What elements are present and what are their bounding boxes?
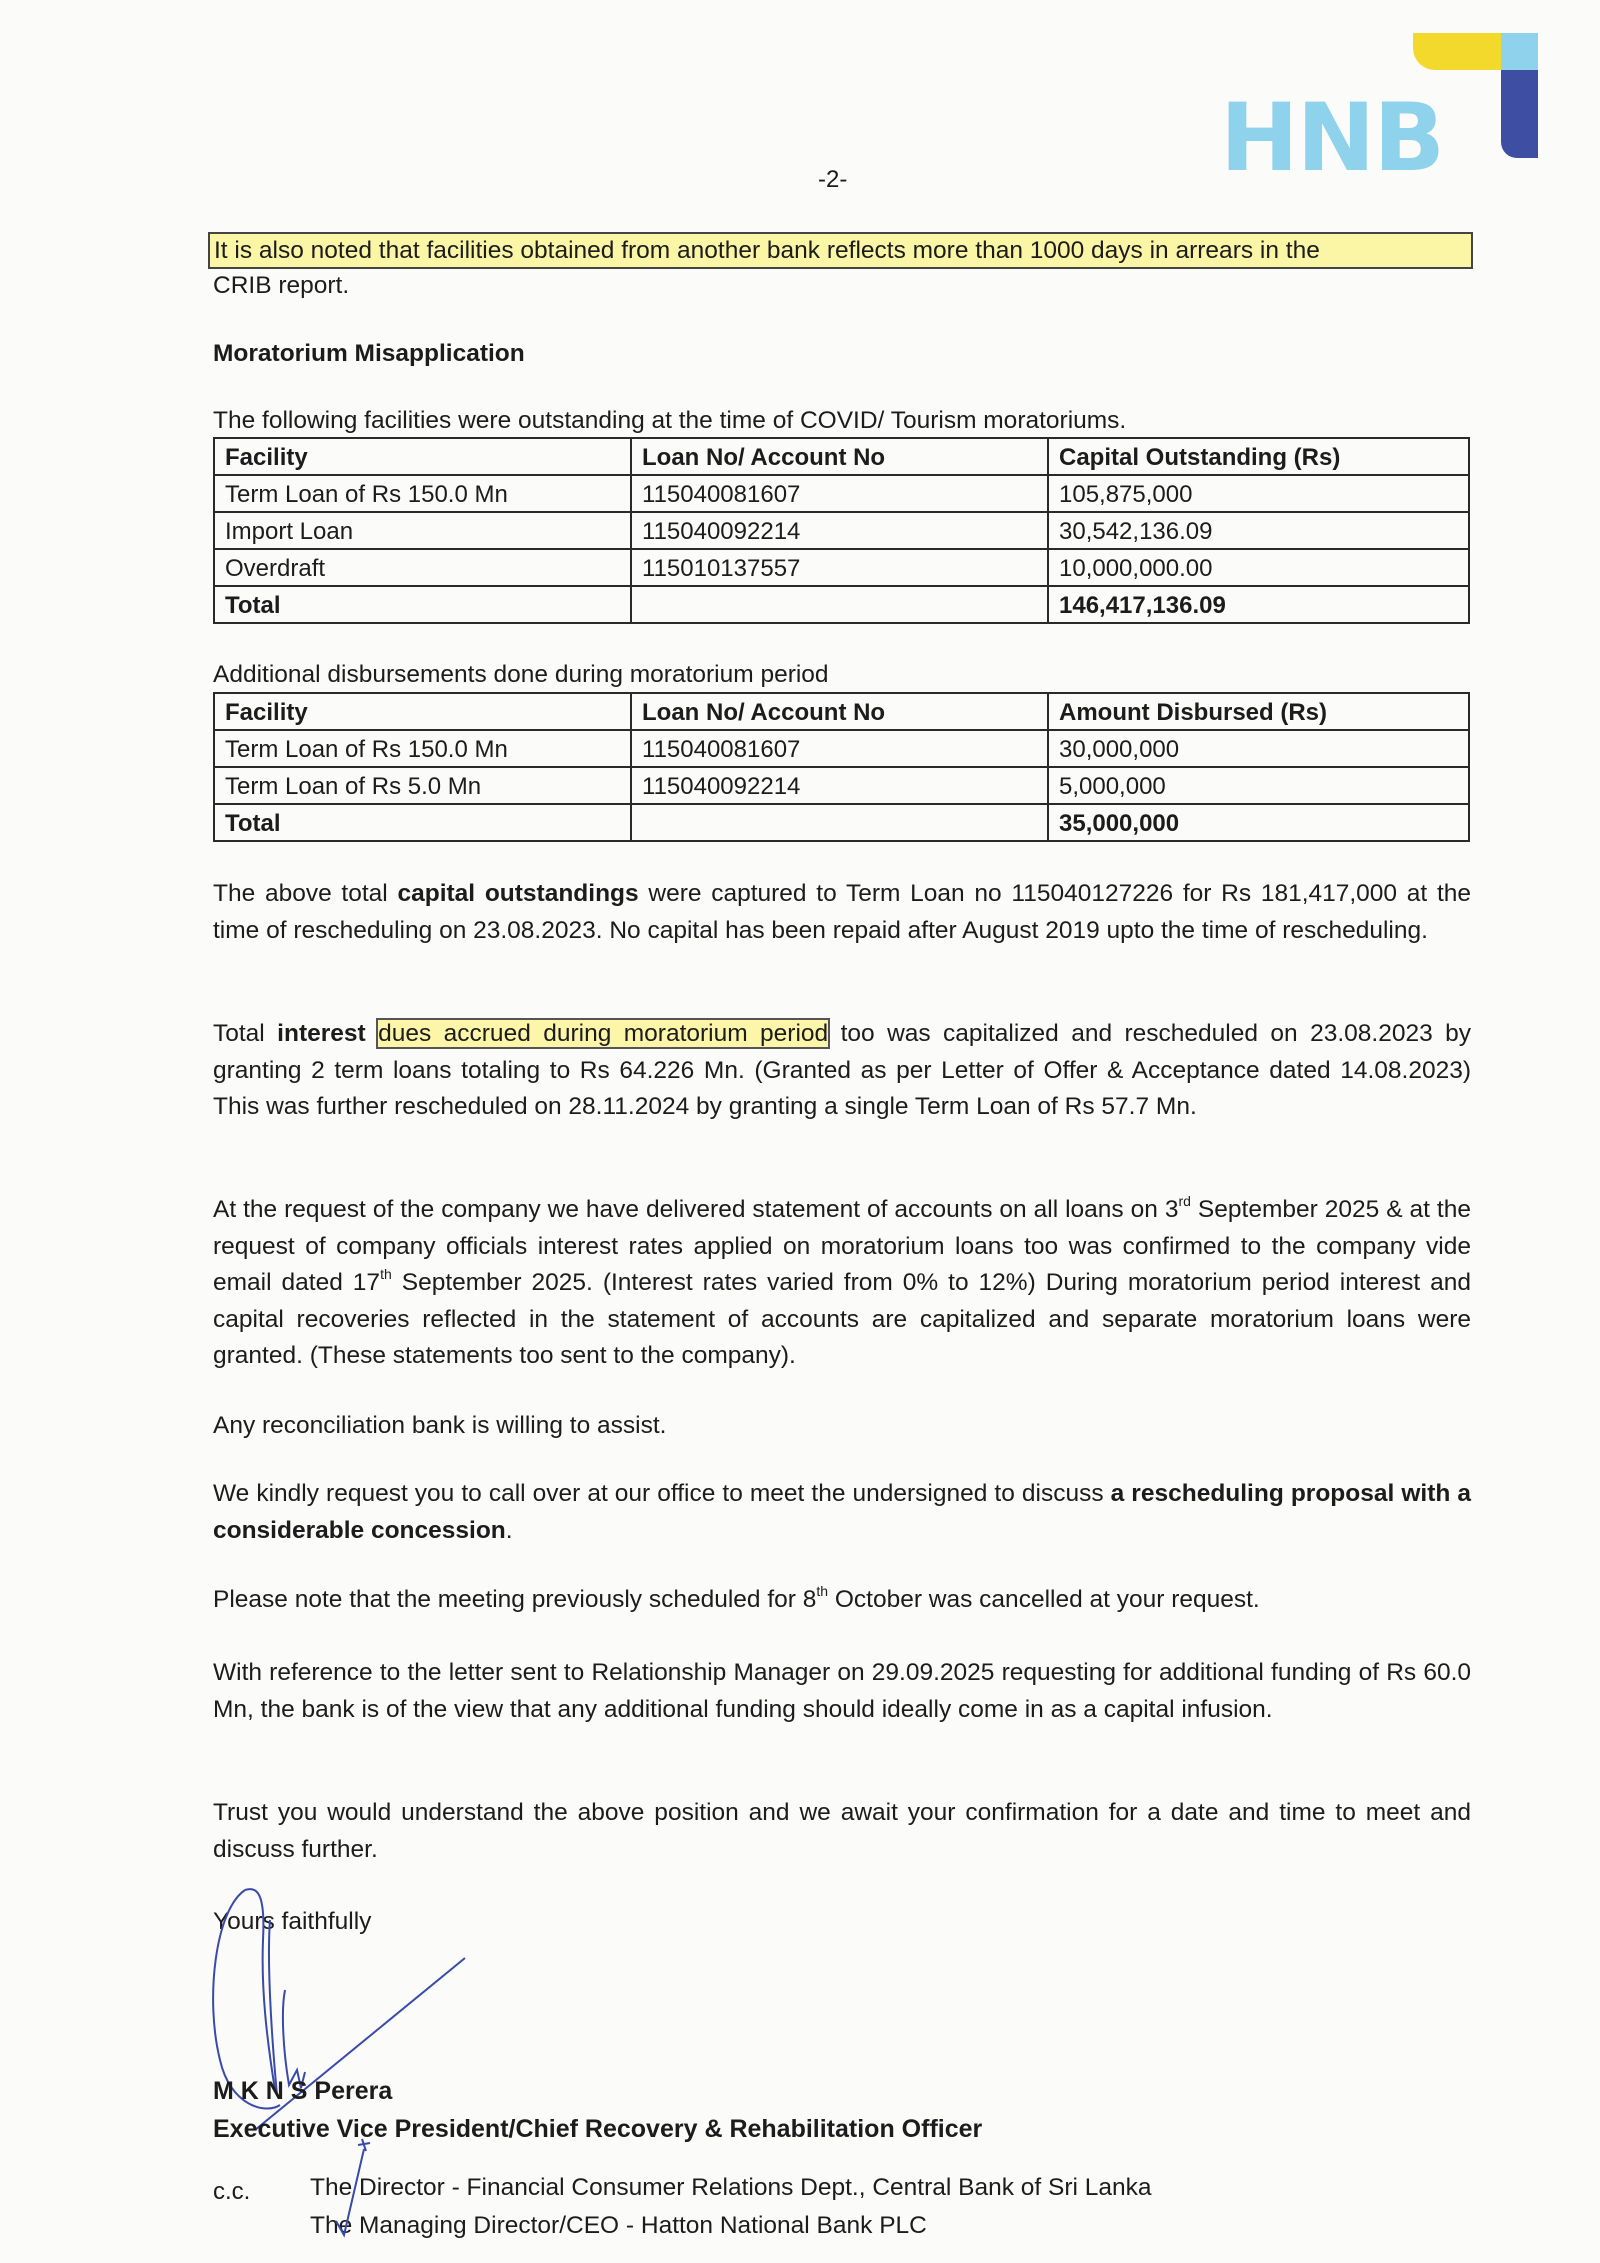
text: Please note that the meeting previously … [213,1586,816,1613]
table-cell: Term Loan of Rs 5.0 Mn [214,767,631,804]
table-cell: 30,000,000 [1048,730,1469,767]
table2-intro: Additional disbursements done during mor… [213,657,1471,694]
table-cell: Amount Disbursed (Rs) [1048,693,1469,730]
table-cell: Loan No/ Account No [631,438,1048,475]
logo-wordmark: HNB [1220,92,1443,186]
table-cell: 10,000,000.00 [1048,549,1469,586]
bold-text: capital outstandings [397,880,638,907]
bold-text: interest [277,1020,366,1047]
highlighted-note-continuation: CRIB report. [213,268,1471,305]
text: September 2025. (Interest rates varied f… [213,1269,1471,1369]
table-cell: Facility [214,438,631,475]
highlighted-phrase: dues accrued during moratorium period [378,1020,828,1047]
highlighted-note-box: It is also noted that facilities obtaine… [208,232,1473,269]
additional-disbursements-table: FacilityLoan No/ Account NoAmount Disbur… [213,692,1470,842]
table-cell: Import Loan [214,512,631,549]
table-cell: 115040092214 [631,512,1048,549]
table-row: Overdraft11501013755710,000,000.00 [214,549,1469,586]
table-row: Term Loan of Rs 5.0 Mn1150400922145,000,… [214,767,1469,804]
table-cell: 105,875,000 [1048,475,1469,512]
table-header-row: FacilityLoan No/ Account NoAmount Disbur… [214,693,1469,730]
table-cell: 35,000,000 [1048,804,1469,841]
paragraph-additional-funding: With reference to the letter sent to Rel… [213,1655,1471,1728]
table-cell: Total [214,586,631,623]
table-cell: Capital Outstanding (Rs) [1048,438,1469,475]
table-cell [631,586,1048,623]
highlighted-note-text: It is also noted that facilities obtaine… [214,234,1320,268]
logo-lightblue-block [1501,33,1538,70]
logo-yellow-block [1413,33,1501,70]
text: We kindly request you to call over at ou… [213,1480,1111,1507]
cc-label: c.c. [213,2178,250,2206]
table-row: Term Loan of Rs 150.0 Mn115040081607105,… [214,475,1469,512]
table-cell: 115040081607 [631,475,1048,512]
table-cell [631,804,1048,841]
table-cell: Term Loan of Rs 150.0 Mn [214,730,631,767]
table-cell: Overdraft [214,549,631,586]
table-cell: 146,417,136.09 [1048,586,1469,623]
section-heading: Moratorium Misapplication [213,336,1471,373]
logo-navy-block [1501,70,1538,158]
paragraph-meeting-request: We kindly request you to call over at ou… [213,1476,1471,1549]
superscript: th [816,1583,828,1599]
table1-intro: The following facilities were outstandin… [213,403,1471,440]
text: . [506,1517,513,1544]
tick-mark-icon [300,2135,420,2263]
capital-outstanding-table: FacilityLoan No/ Account NoCapital Outst… [213,437,1470,624]
signatory-name: M K N S Perera [213,2077,392,2106]
table-cell: 115040092214 [631,767,1048,804]
table-header-row: FacilityLoan No/ Account NoCapital Outst… [214,438,1469,475]
table-cell: Total [214,804,631,841]
table-cell: 115040081607 [631,730,1048,767]
superscript: th [380,1266,392,1282]
superscript: rd [1179,1193,1191,1209]
table-row: Term Loan of Rs 150.0 Mn11504008160730,0… [214,730,1469,767]
table-total-row: Total146,417,136.09 [214,586,1469,623]
paragraph-capital-outstandings: The above total capital outstandings wer… [213,876,1471,949]
page-number: -2- [818,166,847,194]
paragraph-reconciliation: Any reconciliation bank is willing to as… [213,1408,1471,1445]
hnb-logo: HNB [1220,30,1540,200]
text: October was cancelled at your request. [828,1586,1260,1613]
cc-recipient: The Director - Financial Consumer Relati… [310,2174,1152,2202]
table-cell: 30,542,136.09 [1048,512,1469,549]
paragraph-interest-dues: Total interest dues accrued during morat… [213,1016,1471,1126]
table-cell: Loan No/ Account No [631,693,1048,730]
table-cell: Facility [214,693,631,730]
text: The above total [213,880,397,907]
paragraph-meeting-cancelled: Please note that the meeting previously … [213,1582,1471,1619]
table-cell: Term Loan of Rs 150.0 Mn [214,475,631,512]
text: Total [213,1020,277,1047]
text: At the request of the company we have de… [213,1196,1179,1223]
table-total-row: Total35,000,000 [214,804,1469,841]
table-cell: 5,000,000 [1048,767,1469,804]
table-row: Import Loan11504009221430,542,136.09 [214,512,1469,549]
table-cell: 115010137557 [631,549,1048,586]
paragraph-statement-of-accounts: At the request of the company we have de… [213,1192,1471,1375]
paragraph-closing-request: Trust you would understand the above pos… [213,1795,1471,1868]
